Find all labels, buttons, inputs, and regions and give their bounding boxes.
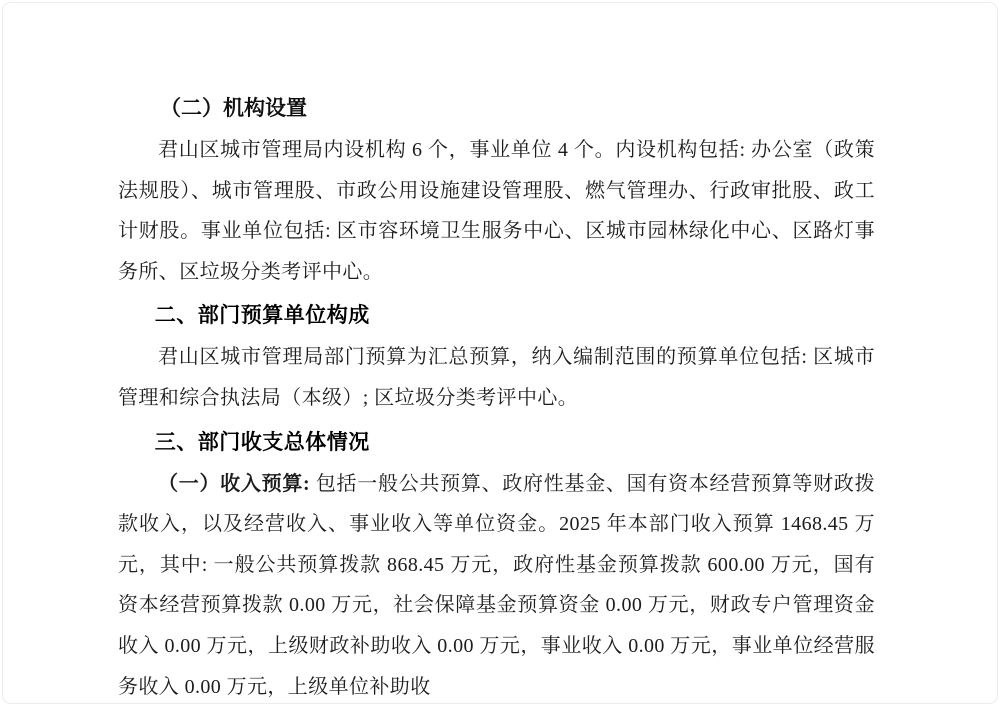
paragraph-organization-setup: 君山区城市管理局内设机构 6 个，事业单位 4 个。内设机构包括: 办公室（政策… <box>118 130 875 292</box>
section-heading-organization-setup: （二）机构设置 <box>118 86 875 130</box>
income-budget-lead-label: （一）收入预算: <box>158 473 310 495</box>
income-budget-text: 包括一般公共预算、政府性基金、国有资本经营预算等财政拨款收入，以及经营收入、事业… <box>118 473 875 698</box>
section-heading-budget-unit-composition: 二、部门预算单位构成 <box>118 295 875 337</box>
paragraph-budget-unit-composition: 君山区城市管理局部门预算为汇总预算，纳入编制范围的预算单位包括: 区城市管理和综… <box>118 337 875 418</box>
paragraph-income-budget: （一）收入预算: 包括一般公共预算、政府性基金、国有资本经营预算等财政拨款收入，… <box>118 464 875 706</box>
document-page: { "document": { "language": "zh-CN", "te… <box>0 0 1000 706</box>
document-body: （二）机构设置 君山区城市管理局内设机构 6 个，事业单位 4 个。内设机构包括… <box>118 86 875 706</box>
section-heading-overall-revenue-expenditure: 三、部门收支总体情况 <box>118 422 875 464</box>
